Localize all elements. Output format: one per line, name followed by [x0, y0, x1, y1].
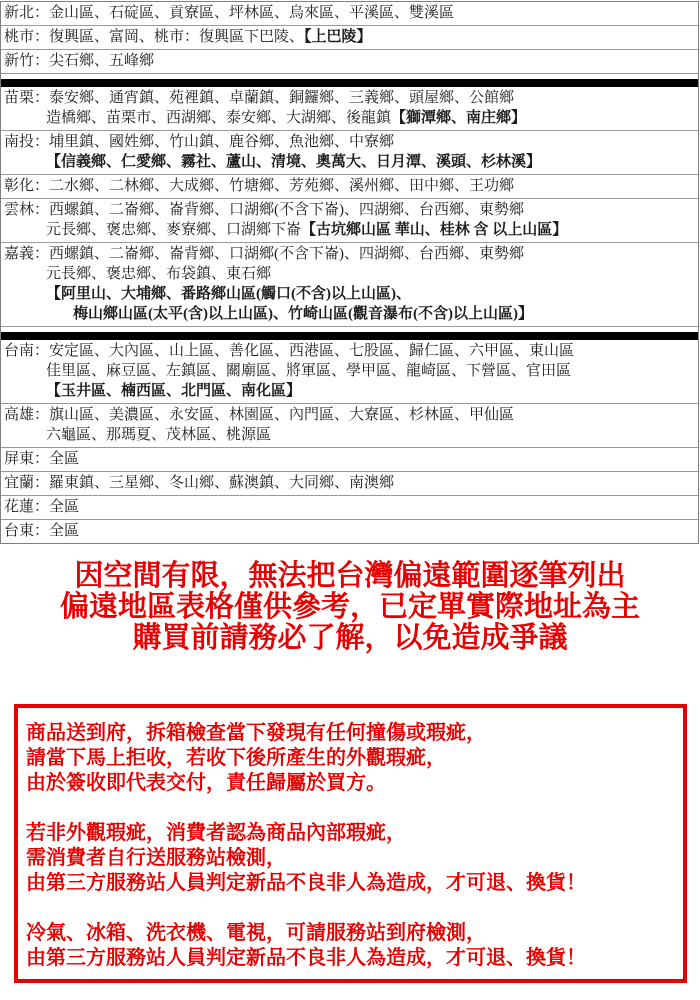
region-line: 苗栗：泰安鄉、通宵鎮、苑裡鎮、卓蘭鎮、銅鑼鄉、三義鄉、頭屋鄉、公館鄉: [1, 88, 698, 108]
region-highlight-text: 【阿里山、大埔鄉、番路鄉山區(觸口(不含)以上山區)、: [46, 286, 411, 302]
region-text: 嘉義：西螺鎮、二崙鄉、崙背鄉、口湖鄉(不含下崙)、四湖鄉、台西鄉、東勢鄉: [4, 246, 524, 262]
region-line: 元長鄉、褒忠鄉、布袋鎮、東石鄉: [1, 264, 698, 284]
region-line: 宜蘭：羅東鎮、三星鄉、冬山鄉、蘇澳鎮、大同鄉、南澳鄉: [1, 473, 698, 493]
region-row: 高雄：旗山區、美濃區、永安區、林園區、內門區、大寮區、杉林區、甲仙區六龜區、那瑪…: [1, 404, 698, 448]
region-line: 元長鄉、褒忠鄉、麥寮鄉、口湖鄉下崙【古坑鄉山區 華山、桂林 含 以上山區】: [1, 220, 698, 240]
region-line: 【信義鄉、仁愛鄉、霧社、蘆山、清境、奧萬大、日月潭、溪頭、杉林溪】: [1, 152, 698, 172]
region-row: 花蓮：全區: [1, 496, 698, 520]
region-highlight-text: 【玉井區、楠西區、北門區、南化區】: [46, 383, 301, 399]
region-line: 梅山鄉山區(太平(含)以上山區)、竹崎山區(觀音瀑布(不含)以上山區)】: [1, 304, 698, 324]
region-line: 屏東：全區: [1, 449, 698, 469]
region-row: 台南：安定區、大內區、山上區、善化區、西港區、七股區、歸仁區、六甲區、東山區佳里…: [1, 340, 698, 404]
heading-line: 偏遠地區表格僅供參考，已定單實際地址為主: [0, 592, 700, 623]
region-text: 彰化：二水鄉、二林鄉、大成鄉、竹塘鄉、芳苑鄉、溪州鄉、田中鄉、王功鄉: [4, 178, 514, 194]
space-limit-heading: 因空間有限，無法把台灣偏遠範圍逐筆列出偏遠地區表格僅供參考，已定單實際地址為主購…: [0, 561, 700, 654]
notice-line: 由第三方服務站人員判定新品不良非人為造成，才可退、換貨！: [26, 946, 679, 971]
region-text: 新竹：尖石鄉、五峰鄉: [4, 53, 154, 69]
region-line: 造橋鄉、苗栗市、西湖鄉、泰安鄉、大湖鄉、後龍鎮【獅潭鄉、南庄鄉】: [1, 108, 698, 128]
region-highlight-text: 【上巴陵】: [304, 29, 372, 45]
region-line: 彰化：二水鄉、二林鄉、大成鄉、竹塘鄉、芳苑鄉、溪州鄉、田中鄉、王功鄉: [1, 176, 698, 196]
heading-line: 購買前請務必了解，以免造成爭議: [0, 623, 700, 654]
remote-area-notice-page: 新北：金山區、石碇區、貢寮區、坪林區、烏來區、平溪區、雙溪區桃市：復興區、富岡、…: [0, 0, 700, 1000]
region-text: 造橋鄉、苗栗市、西湖鄉、泰安鄉、大湖鄉、後龍鎮: [46, 110, 391, 126]
region-row: 新竹：尖石鄉、五峰鄉: [1, 50, 698, 74]
notice-line: 由於簽收即代表交付，責任歸屬於買方。: [26, 771, 679, 796]
notice-line: 請當下馬上拒收，若收下後所產生的外觀瑕疵，: [26, 746, 679, 771]
region-row: 新北：金山區、石碇區、貢寮區、坪林區、烏來區、平溪區、雙溪區: [1, 2, 698, 26]
notice-line: 冷氣、冰箱、洗衣機、電視，可請服務站到府檢測，: [26, 921, 679, 946]
region-row: 宜蘭：羅東鎮、三星鄉、冬山鄉、蘇澳鎮、大同鄉、南澳鄉: [1, 472, 698, 496]
region-highlight-text: 【信義鄉、仁愛鄉、霧社、蘆山、清境、奧萬大、日月潭、溪頭、杉林溪】: [46, 154, 541, 170]
region-text: 元長鄉、褒忠鄉、麥寮鄉、口湖鄉下崙: [46, 222, 301, 238]
region-line: 新北：金山區、石碇區、貢寮區、坪林區、烏來區、平溪區、雙溪區: [1, 3, 698, 23]
region-highlight-text: 【古坑鄉山區 華山、桂林 含 以上山區】: [301, 222, 567, 238]
region-line: 六龜區、那瑪夏、茂林區、桃源區: [1, 425, 698, 445]
region-line: 台南：安定區、大內區、山上區、善化區、西港區、七股區、歸仁區、六甲區、東山區: [1, 341, 698, 361]
region-row: 雲林：西螺鎮、二崙鄉、崙背鄉、口湖鄉(不含下崙)、四湖鄉、台西鄉、東勢鄉元長鄉、…: [1, 199, 698, 243]
heading-line: 因空間有限，無法把台灣偏遠範圍逐筆列出: [0, 561, 700, 592]
region-line: 台東：全區: [1, 521, 698, 541]
region-text: 雲林：西螺鎮、二崙鄉、崙背鄉、口湖鄉(不含下崙)、四湖鄉、台西鄉、東勢鄉: [4, 202, 524, 218]
region-row: 彰化：二水鄉、二林鄉、大成鄉、竹塘鄉、芳苑鄉、溪州鄉、田中鄉、王功鄉: [1, 175, 698, 199]
region-text: 台南：安定區、大內區、山上區、善化區、西港區、七股區、歸仁區、六甲區、東山區: [4, 343, 574, 359]
notice-paragraph: 商品送到府，拆箱檢查當下發現有任何撞傷或瑕疵，請當下馬上拒收，若收下後所產生的外…: [26, 721, 679, 796]
region-text: 桃市：復興區、富岡、桃市：復興區下巴陵、: [4, 29, 304, 45]
notice-paragraph: 若非外觀瑕疵，消費者認為商品內部瑕疵，需消費者自行送服務站檢測，由第三方服務站人…: [26, 821, 679, 896]
region-line: 佳里區、麻豆區、左鎮區、關廟區、將軍區、學甲區、龍崎區、下營區、官田區: [1, 361, 698, 381]
region-line: 高雄：旗山區、美濃區、永安區、林園區、內門區、大寮區、杉林區、甲仙區: [1, 405, 698, 425]
region-text: 宜蘭：羅東鎮、三星鄉、冬山鄉、蘇澳鎮、大同鄉、南澳鄉: [4, 475, 394, 491]
region-text: 高雄：旗山區、美濃區、永安區、林園區、內門區、大寮區、杉林區、甲仙區: [4, 407, 514, 423]
notice-line: 需消費者自行送服務站檢測，: [26, 846, 679, 871]
region-row: 南投：埔里鎮、國姓鄉、竹山鎮、鹿谷鄉、魚池鄉、中寮鄉【信義鄉、仁愛鄉、霧社、蘆山…: [1, 131, 698, 175]
region-row: 桃市：復興區、富岡、桃市：復興區下巴陵、【上巴陵】: [1, 26, 698, 50]
region-highlight-text: 【獅潭鄉、南庄鄉】: [391, 110, 526, 126]
region-text: 苗栗：泰安鄉、通宵鎮、苑裡鎮、卓蘭鎮、銅鑼鄉、三義鄉、頭屋鄉、公館鄉: [4, 90, 514, 106]
notice-line: 若非外觀瑕疵，消費者認為商品內部瑕疵，: [26, 821, 679, 846]
region-text: 元長鄉、褒忠鄉、布袋鎮、東石鄉: [46, 266, 271, 282]
region-line: 新竹：尖石鄉、五峰鄉: [1, 51, 698, 71]
region-line: 南投：埔里鎮、國姓鄉、竹山鎮、鹿谷鄉、魚池鄉、中寮鄉: [1, 132, 698, 152]
region-line: 雲林：西螺鎮、二崙鄉、崙背鄉、口湖鄉(不含下崙)、四湖鄉、台西鄉、東勢鄉: [1, 200, 698, 220]
remote-area-table: 新北：金山區、石碇區、貢寮區、坪林區、烏來區、平溪區、雙溪區桃市：復興區、富岡、…: [0, 1, 699, 544]
region-row: 苗栗：泰安鄉、通宵鎮、苑裡鎮、卓蘭鎮、銅鑼鄉、三義鄉、頭屋鄉、公館鄉造橋鄉、苗栗…: [1, 87, 698, 131]
region-text: 六龜區、那瑪夏、茂林區、桃源區: [46, 427, 271, 443]
region-line: 【阿里山、大埔鄉、番路鄉山區(觸口(不含)以上山區)、: [1, 284, 698, 304]
separator-bar: [1, 332, 698, 340]
region-line: 嘉義：西螺鎮、二崙鄉、崙背鄉、口湖鄉(不含下崙)、四湖鄉、台西鄉、東勢鄉: [1, 244, 698, 264]
region-line: 【玉井區、楠西區、北門區、南化區】: [1, 381, 698, 401]
region-text: 屏東：全區: [4, 451, 79, 467]
region-text: 台東：全區: [4, 523, 79, 539]
region-text: 南投：埔里鎮、國姓鄉、竹山鎮、鹿谷鄉、魚池鄉、中寮鄉: [4, 134, 394, 150]
separator-bar: [1, 79, 698, 87]
notice-line: 商品送到府，拆箱檢查當下發現有任何撞傷或瑕疵，: [26, 721, 679, 746]
region-line: 花蓮：全區: [1, 497, 698, 517]
region-row: 台東：全區: [1, 520, 698, 543]
notice-paragraph: 冷氣、冰箱、洗衣機、電視，可請服務站到府檢測，由第三方服務站人員判定新品不良非人…: [26, 921, 679, 971]
notice-line: 由第三方服務站人員判定新品不良非人為造成，才可退、換貨！: [26, 871, 679, 896]
inspection-notice-box: 商品送到府，拆箱檢查當下發現有任何撞傷或瑕疵，請當下馬上拒收，若收下後所產生的外…: [14, 704, 687, 983]
region-row: 嘉義：西螺鎮、二崙鄉、崙背鄉、口湖鄉(不含下崙)、四湖鄉、台西鄉、東勢鄉元長鄉、…: [1, 243, 698, 327]
region-line: 桃市：復興區、富岡、桃市：復興區下巴陵、【上巴陵】: [1, 27, 698, 47]
region-highlight-text: 梅山鄉山區(太平(含)以上山區)、竹崎山區(觀音瀑布(不含)以上山區)】: [73, 306, 533, 322]
region-text: 新北：金山區、石碇區、貢寮區、坪林區、烏來區、平溪區、雙溪區: [4, 5, 454, 21]
region-row: 屏東：全區: [1, 448, 698, 472]
region-text: 佳里區、麻豆區、左鎮區、關廟區、將軍區、學甲區、龍崎區、下營區、官田區: [46, 363, 571, 379]
region-text: 花蓮：全區: [4, 499, 79, 515]
